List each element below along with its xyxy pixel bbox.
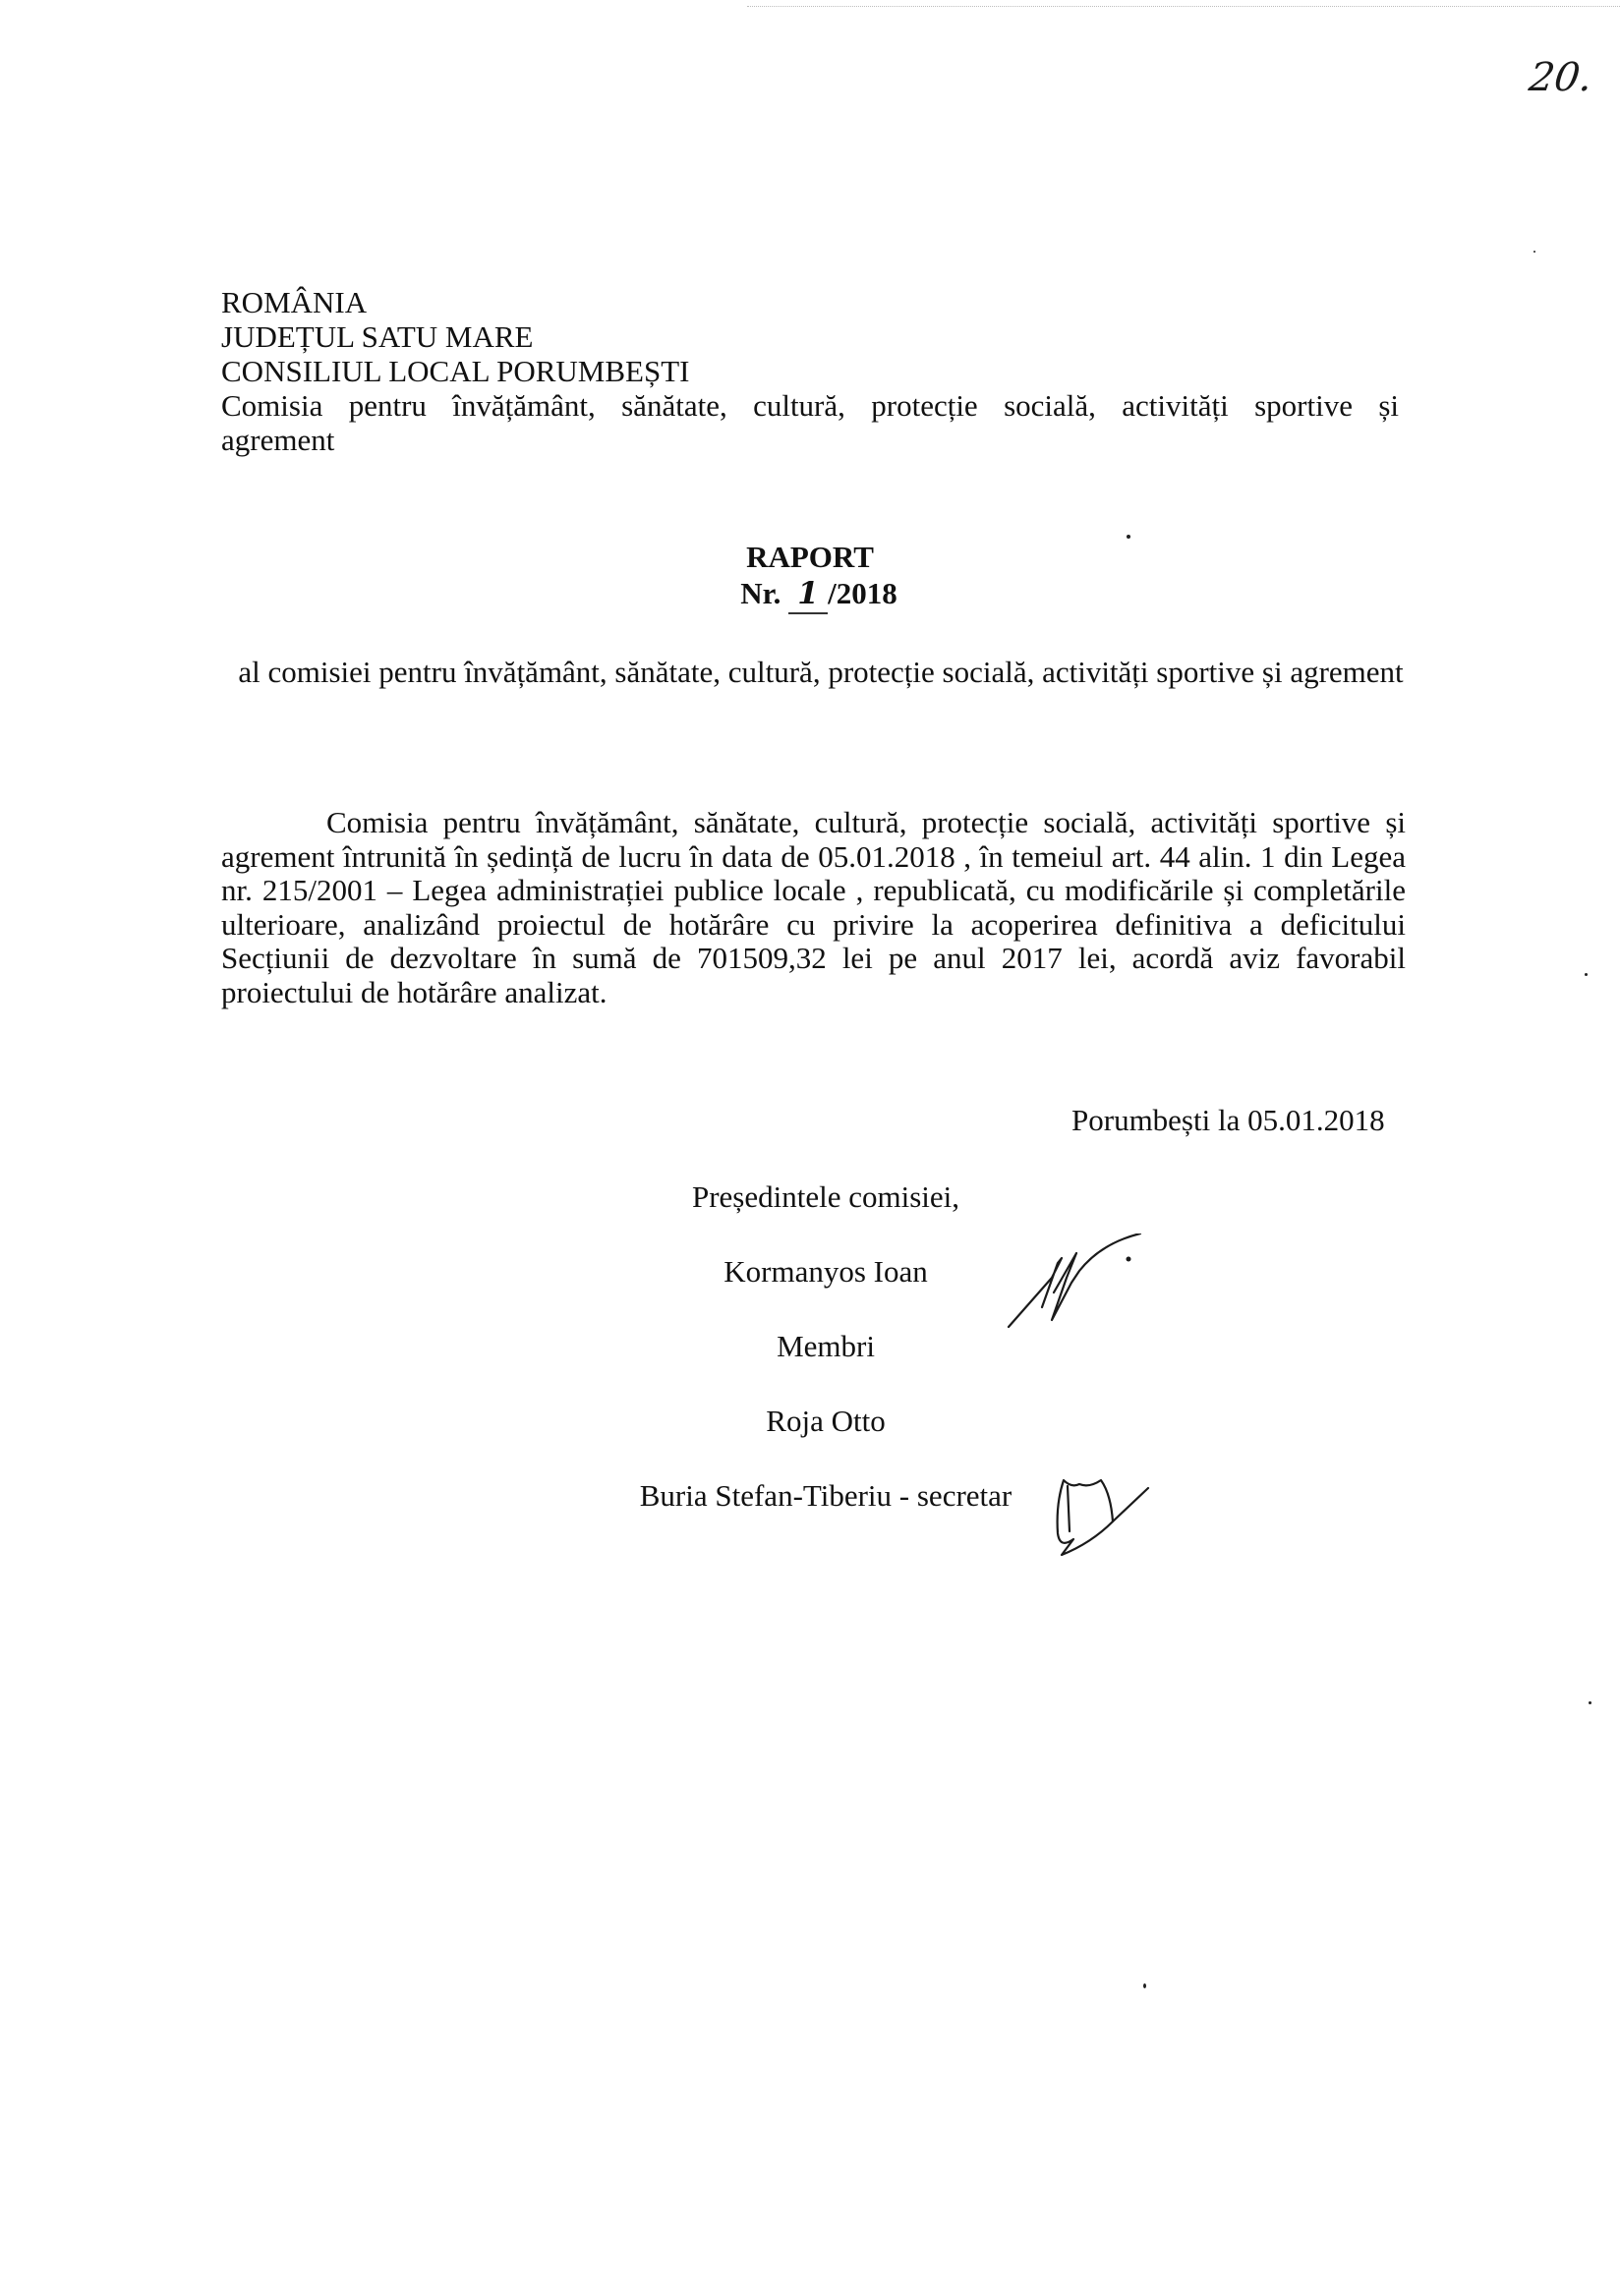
member-name: Buria Stefan-Tiberiu - secretar: [609, 1478, 1042, 1514]
scan-border-artifact: [747, 6, 1620, 15]
report-number-prefix: Nr.: [740, 576, 781, 610]
scan-speck: [1533, 251, 1535, 253]
scan-speck: [1127, 535, 1130, 539]
scan-speck: [1585, 973, 1588, 976]
member-name: Roja Otto: [609, 1404, 1042, 1439]
scan-speck: [1143, 1983, 1146, 1988]
president-name: Kormanyos Ioan: [609, 1254, 1042, 1290]
report-number-value: 1: [788, 576, 828, 614]
county-line: JUDEȚUL SATU MARE: [221, 319, 1401, 354]
members-label: Membri: [609, 1329, 1042, 1364]
commission-line-1: Comisia pentru învățământ, sănătate, cul…: [221, 388, 1399, 423]
secretary-signature-icon: [1052, 1474, 1160, 1563]
council-line: CONSILIUL LOCAL PORUMBEȘTI: [221, 354, 1401, 388]
president-label: Președintele comisiei,: [609, 1179, 1042, 1215]
report-number-suffix: /2018: [828, 576, 897, 610]
report-body: Comisia pentru învățământ, sănătate, cul…: [221, 806, 1406, 1009]
report-title: RAPORT Nr. 1/2018: [0, 539, 1620, 614]
handwritten-page-number: 20.: [1527, 55, 1595, 100]
country-line: ROMÂNIA: [221, 285, 1401, 319]
place-and-date: Porumbești la 05.01.2018: [1071, 1103, 1385, 1138]
report-subtitle: al comisiei pentru învățământ, sănătate,…: [236, 654, 1406, 691]
document-header: ROMÂNIA JUDEȚUL SATU MARE CONSILIUL LOCA…: [221, 285, 1401, 457]
report-number: Nr. 1/2018: [18, 575, 1620, 614]
commission-line-2: agrement: [221, 423, 1401, 457]
president-signature-icon: [1003, 1234, 1150, 1342]
scan-speck: [1589, 1701, 1591, 1704]
report-heading: RAPORT: [0, 539, 1620, 575]
